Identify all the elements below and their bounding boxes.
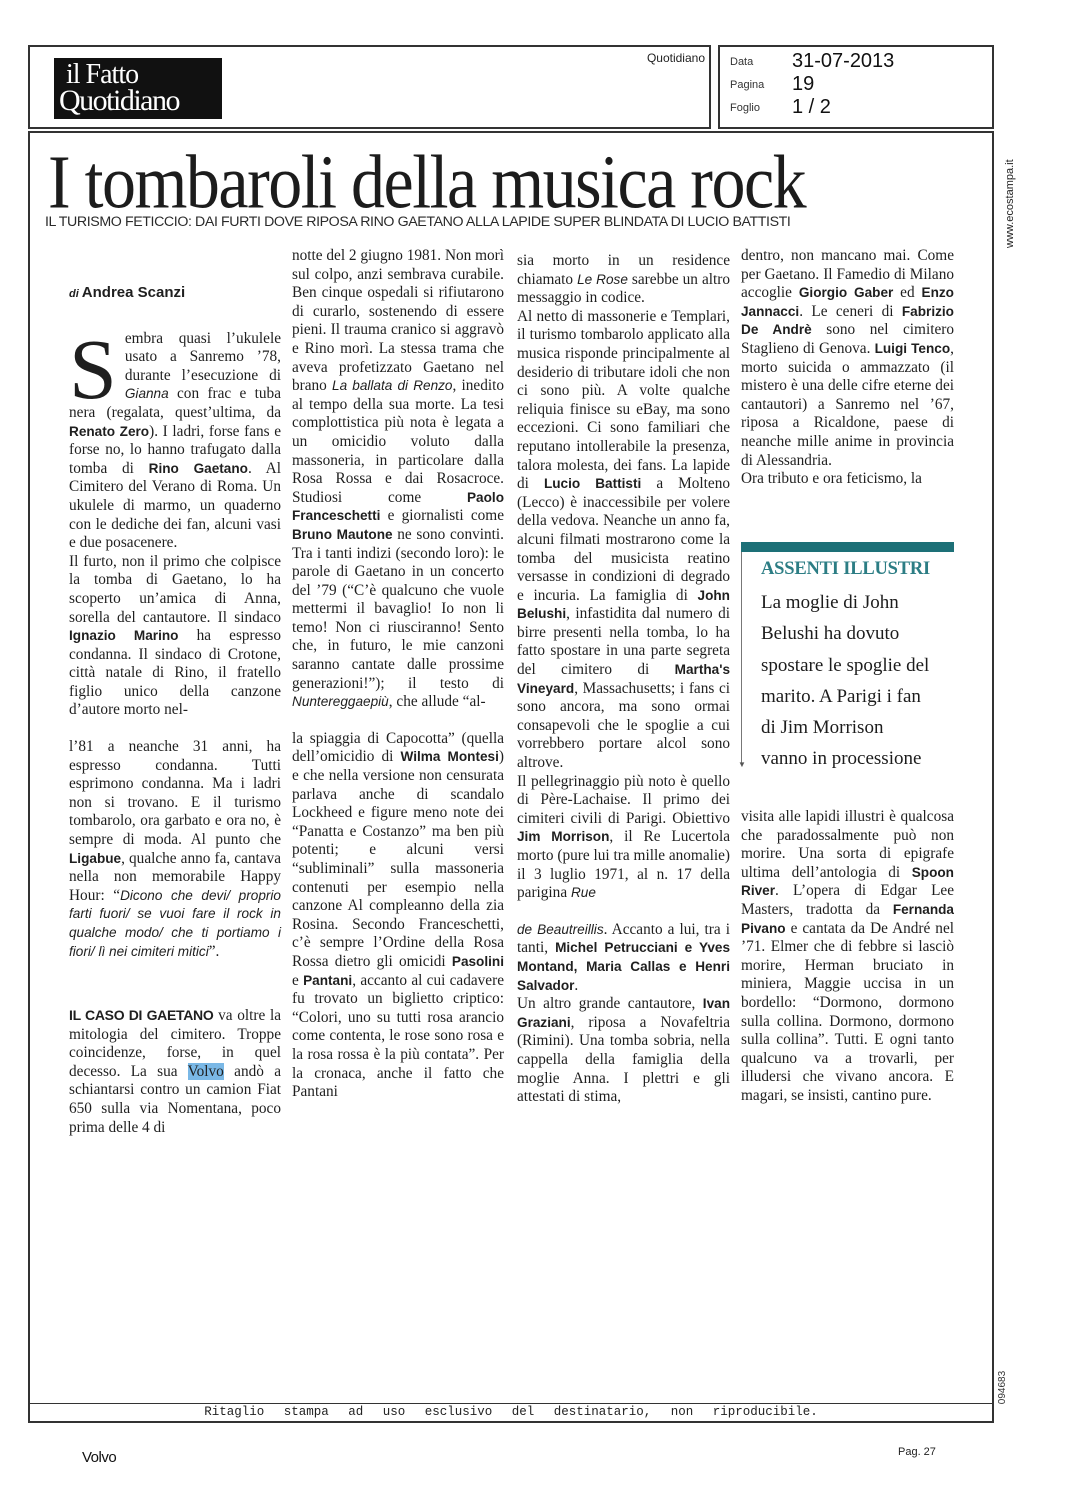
article-subtitle: IL TURISMO FETICCIO: DAI FURTI DOVE RIPO… <box>45 214 790 230</box>
sidebar-box: ▼ ASSENTI ILLUSTRI La moglie di John Bel… <box>741 542 955 772</box>
disclaimer-divider <box>28 1403 994 1404</box>
publication-type: Quotidiano <box>647 51 705 65</box>
sheet-value: 1 / 2 <box>792 96 831 119</box>
paragraph: de Beautreillis. Accanto a lui, tra i ta… <box>517 921 730 995</box>
date-value: 31-07-2013 <box>792 50 894 73</box>
article-column-2: notte del 2 giugno 1981. Non morì sul co… <box>292 247 504 1102</box>
article-column-1-lower: IL CASO DI GAETANO va oltre la mitologia… <box>69 1006 281 1137</box>
paragraph: Il pellegrinaggio più noto è quello di P… <box>517 773 730 903</box>
header-logo-box: il Fatto Quotidiano Quotidiano <box>28 45 711 129</box>
sidebar-body: La moglie di John Belushi ha dovuto spos… <box>761 587 955 775</box>
paragraph: visita alle lapidi illustri è qualcosa c… <box>741 808 954 1106</box>
sidebar-title: ASSENTI ILLUSTRI <box>761 559 930 580</box>
header-meta-box: Data 31-07-2013 Pagina 19 Foglio 1 / 2 <box>718 45 994 129</box>
footer-page-number: Pag. 27 <box>898 1446 936 1458</box>
arrow-down-icon: ▼ <box>738 760 746 769</box>
sidebar-line: marito. A Parigi i fan <box>761 681 955 712</box>
byline: diAndrea Scanzi <box>69 284 281 304</box>
sidebar-accent-bar <box>741 542 954 552</box>
article-column-3: sia morto in un residence chiamato Le Ro… <box>517 252 730 1107</box>
paragraph: IL CASO DI GAETANO va oltre la mitologia… <box>69 1006 281 1137</box>
newspaper-logo: il Fatto Quotidiano <box>54 58 222 119</box>
sidebar-line: spostare le spoglie del <box>761 650 955 681</box>
sidebar-line: Belushi ha dovuto <box>761 618 955 649</box>
drop-cap: S <box>69 334 117 404</box>
sidebar-line: vanno in processione <box>761 743 955 774</box>
sidebar-rule <box>741 552 742 764</box>
sidebar-line: di Jim Morrison <box>761 712 955 743</box>
logo-line-2: Quotidiano <box>59 86 179 116</box>
margin-url: www.ecostampa.it <box>1000 152 1014 252</box>
byline-prefix: di <box>69 288 79 300</box>
margin-code: 094683 <box>1000 1370 1014 1410</box>
paragraph: Sembra quasi l’ukulele usato a Sanremo ’… <box>69 330 281 553</box>
paragraph: Un altro grande cantautore, Ivan Grazian… <box>517 995 730 1107</box>
paragraph: la spiaggia di Capocotta” (quella dell’o… <box>292 730 504 1102</box>
paragraph: Il furto, non il primo che colpisce la t… <box>69 553 281 720</box>
highlighted-keyword: Volvo <box>188 1063 224 1080</box>
paragraph: sia morto in un residence chiamato Le Ro… <box>517 252 730 308</box>
paragraph: dentro, non mancano mai. Come per Gaetan… <box>741 247 954 470</box>
page-value: 19 <box>792 73 814 96</box>
sheet-label: Foglio <box>730 102 790 114</box>
article-column-4: dentro, non mancano mai. Come per Gaetan… <box>741 247 954 489</box>
margin-code-text: 094683 <box>997 1371 1008 1404</box>
paragraph: notte del 2 giugno 1981. Non morì sul co… <box>292 247 504 712</box>
article-column-4-lower: visita alle lapidi illustri è qualcosa c… <box>741 808 954 1106</box>
sidebar-line: La moglie di John <box>761 587 955 618</box>
paragraph: Ora tributo e ora feticismo, la <box>741 470 954 489</box>
author-name: Andrea Scanzi <box>82 284 185 301</box>
article-column-1: diAndrea Scanzi Sembra quasi l’ukulele u… <box>69 284 281 961</box>
footer-keyword: Volvo <box>82 1449 116 1466</box>
disclaimer: Ritaglio stampa ad uso esclusivo del des… <box>28 1405 994 1419</box>
page-label: Pagina <box>730 79 790 91</box>
paragraph: l’81 a neanche 31 anni, ha espresso cond… <box>69 738 281 961</box>
margin-url-text: www.ecostampa.it <box>1004 148 1016 248</box>
section-leadin: IL CASO DI GAETANO <box>69 1007 213 1023</box>
paragraph: Al netto di massonerie e Templari, il tu… <box>517 308 730 773</box>
date-label: Data <box>730 56 790 68</box>
